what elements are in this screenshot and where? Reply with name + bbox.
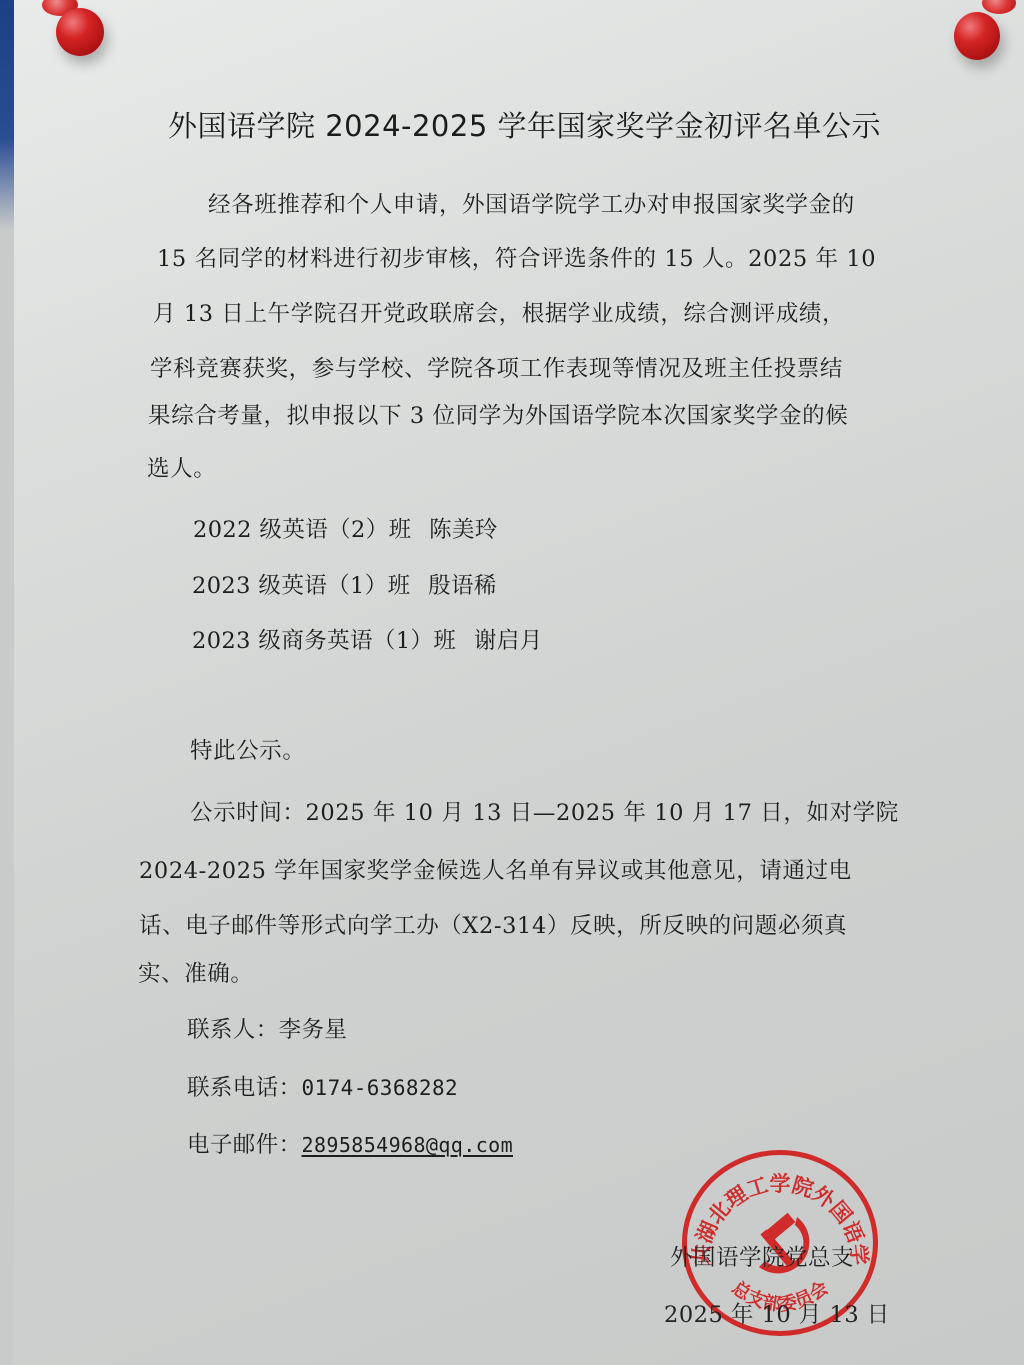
contact-email: 电子邮件：2895854968@qq.com	[187, 1127, 513, 1159]
signature-org: 外国语学院党总支	[670, 1240, 854, 1272]
period-line: 2024-2025 学年国家奖学金候选人名单有异议或其他意见，请通过电	[139, 853, 852, 885]
candidate-name: 谢启月	[474, 628, 543, 654]
notice-line: 特此公示。	[190, 733, 306, 765]
signature-date: 2025 年 10 月 13 日	[664, 1297, 890, 1329]
contact-email-label: 电子邮件：	[187, 1132, 302, 1158]
period-line: 实、准确。	[138, 956, 254, 988]
pushpin-icon	[38, 0, 108, 60]
candidate-class: 2023 级英语（1）班	[192, 573, 411, 599]
candidate-row: 2023 级英语（1）班 殷语稀	[192, 568, 497, 600]
contact-phone-value: 0174-6368282	[302, 1076, 459, 1100]
contact-email-link[interactable]: 2895854968@qq.com	[302, 1133, 514, 1157]
candidate-class: 2022 级英语（2）班	[193, 517, 412, 543]
intro-line: 经各班推荐和个人申请，外国语学院学工办对申报国家奖学金的	[208, 187, 855, 219]
candidate-name: 殷语稀	[428, 573, 497, 599]
period-line: 话、电子邮件等形式向学工办（X2-314）反映，所反映的问题必须真	[139, 908, 847, 940]
pushpin-icon	[948, 0, 1018, 62]
intro-line: 15 名同学的材料进行初步审核，符合评选条件的 15 人。2025 年 10	[157, 241, 876, 273]
contact-phone: 联系电话：0174-6368282	[187, 1070, 458, 1102]
candidate-class: 2023 级商务英语（1）班	[192, 628, 456, 654]
candidate-name: 陈美玲	[429, 517, 498, 543]
document-title: 外国语学院 2024-2025 学年国家奖学金初评名单公示	[168, 104, 881, 145]
period-line: 公示时间：2025 年 10 月 13 日—2025 年 10 月 17 日，如…	[190, 795, 899, 827]
contact-person: 联系人：李务星	[187, 1012, 347, 1044]
intro-line: 果综合考量，拟申报以下 3 位同学为外国语学院本次国家奖学金的候	[148, 398, 848, 430]
intro-line: 月 13 日上午学院召开党政联席会，根据学业成绩，综合测评成绩，	[153, 296, 845, 328]
candidate-row: 2022 级英语（2）班 陈美玲	[193, 512, 498, 544]
candidate-row: 2023 级商务英语（1）班 谢启月	[192, 623, 543, 655]
contact-person-label: 联系人：	[187, 1017, 279, 1043]
contact-person-value: 李务星	[279, 1017, 348, 1043]
contact-phone-label: 联系电话：	[187, 1075, 302, 1101]
intro-line: 选人。	[147, 451, 216, 483]
intro-line: 学科竞赛获奖，参与学校、学院各项工作表现等情况及班主任投票结	[150, 351, 843, 383]
